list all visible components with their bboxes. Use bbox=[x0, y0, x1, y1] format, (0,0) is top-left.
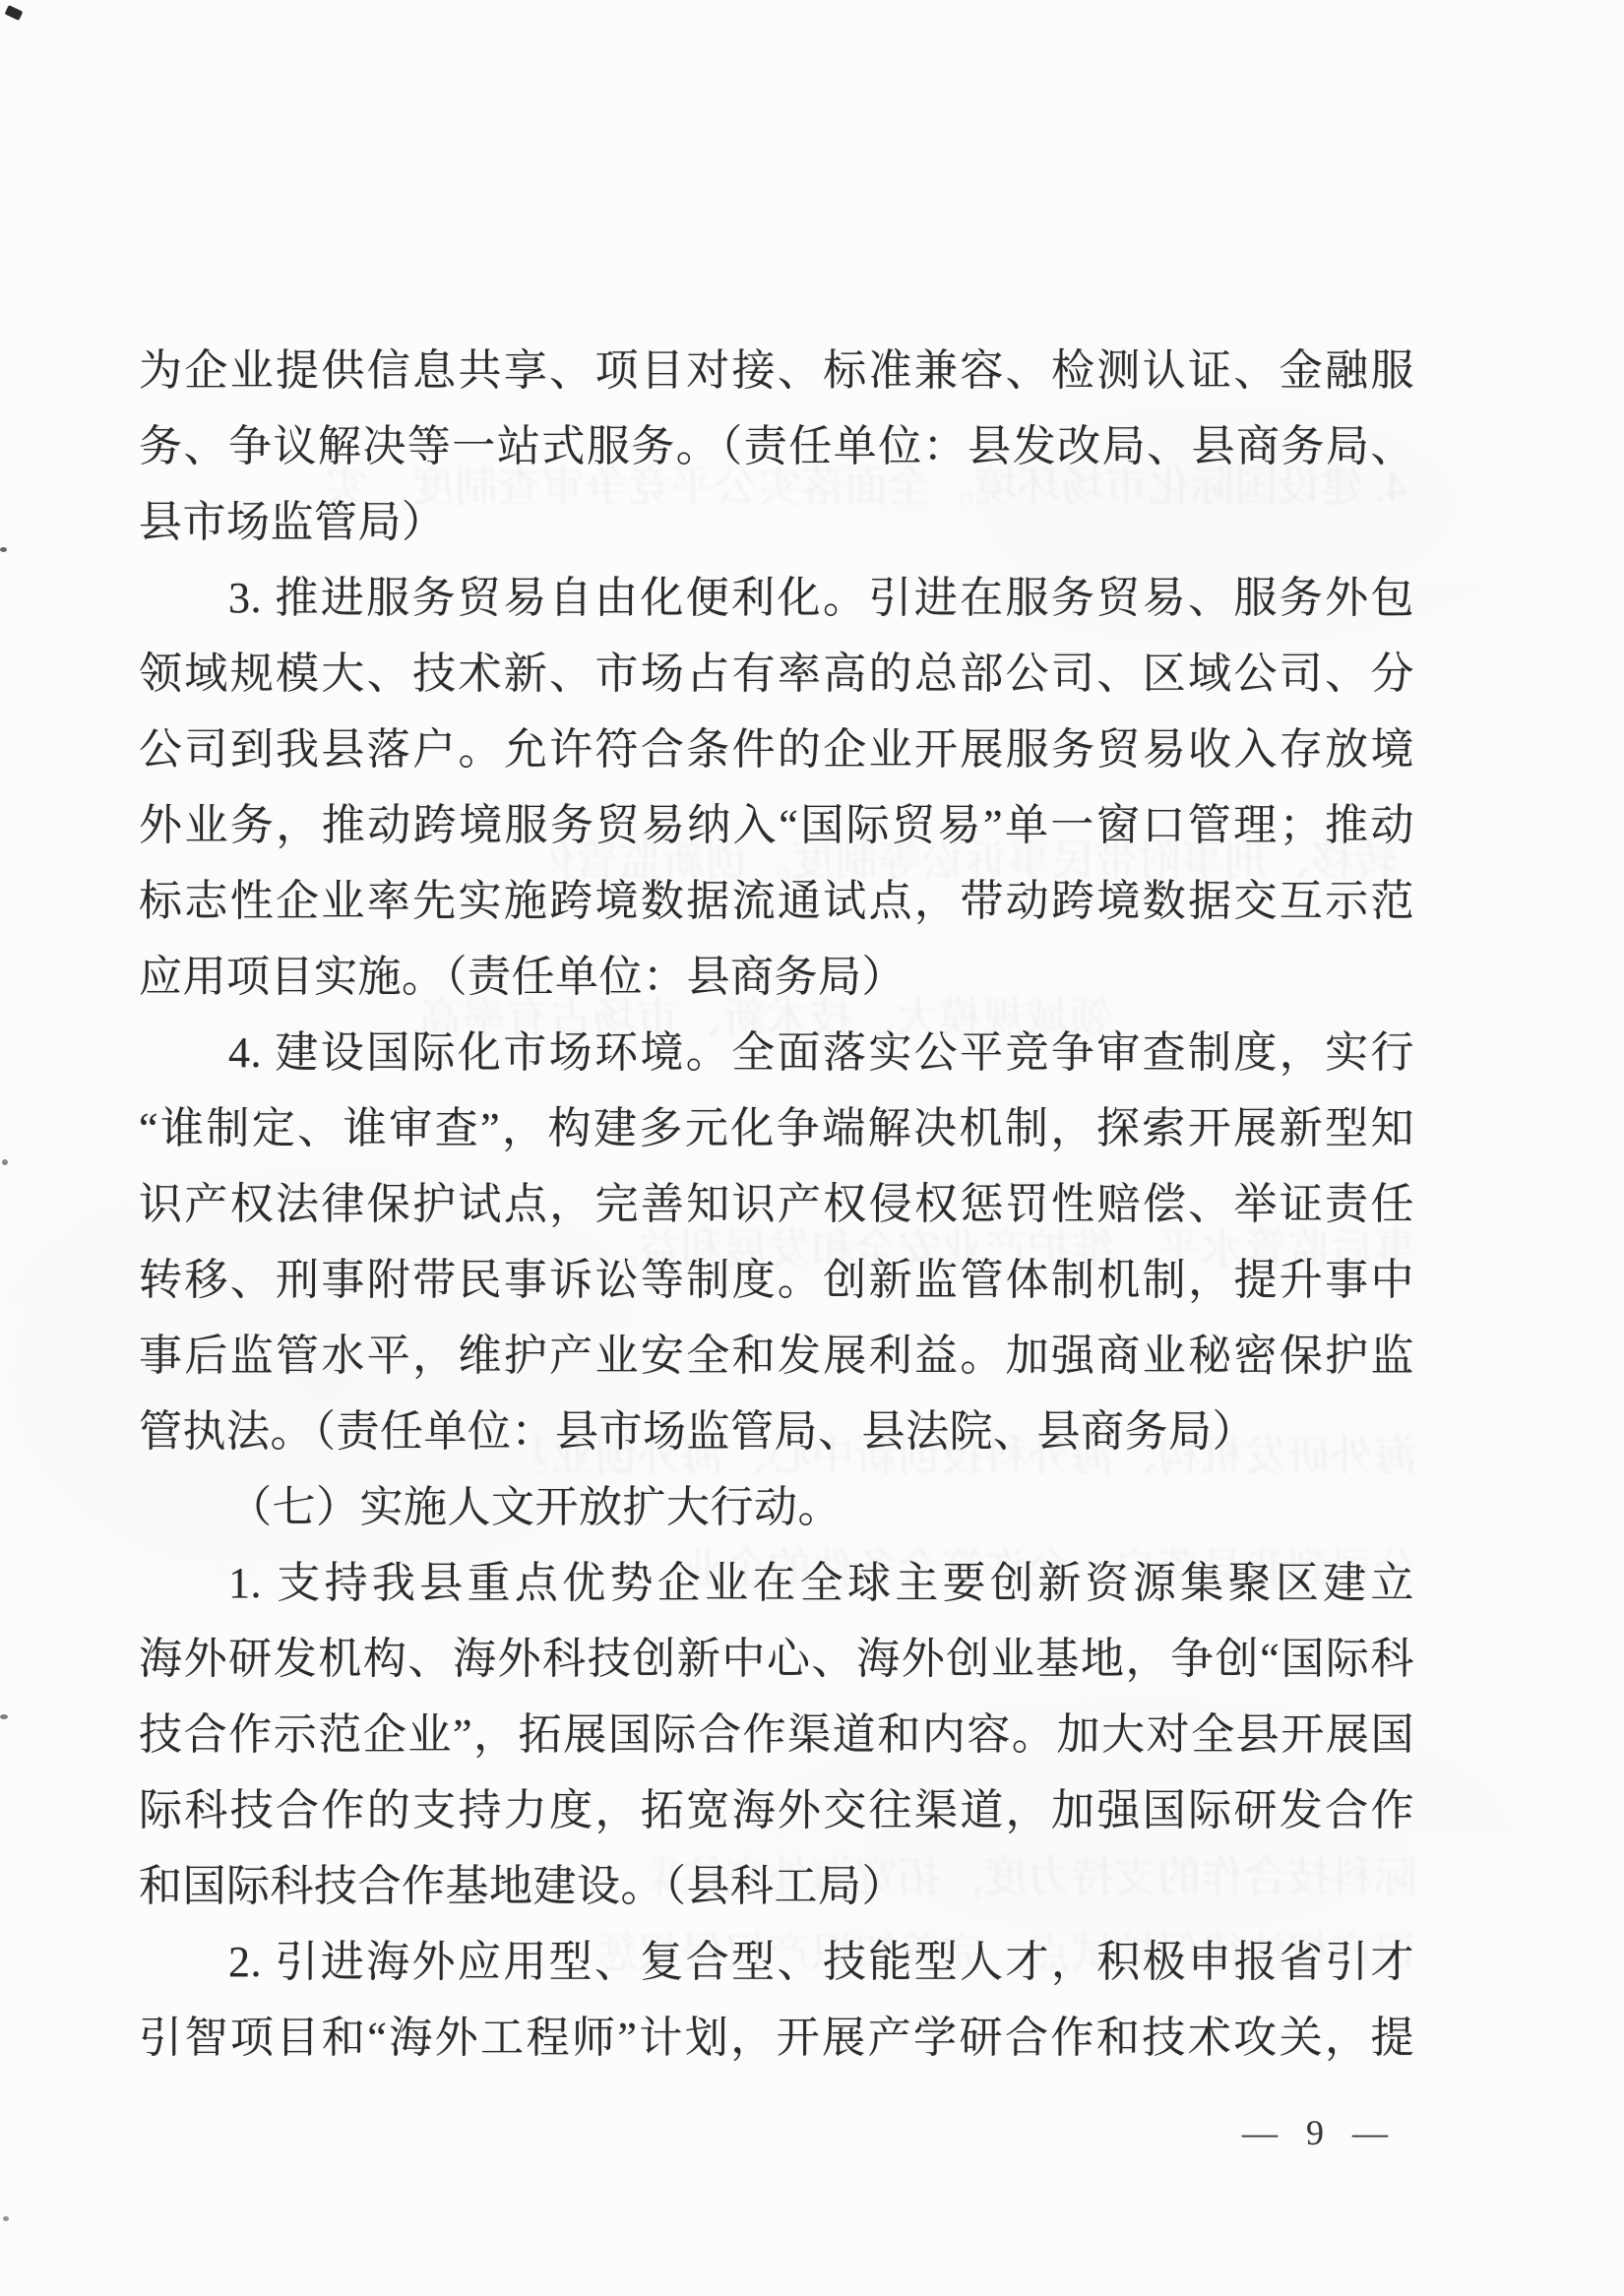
body-text: 为企业提供信息共享、项目对接、标准兼容、检测认证、金融服务、争议解决等一站式服务… bbox=[139, 333, 1414, 2076]
scan-speck bbox=[0, 547, 7, 552]
text-line: 公司到我县落户。允许符合条件的企业开展服务贸易收入存放境 bbox=[139, 712, 1414, 787]
text-line: 际科技合作的支持力度，拓宽海外交往渠道，加强国际研发合作 bbox=[139, 1772, 1414, 1848]
text-line: 引智项目和“海外工程师”计划，开展产学研合作和技术攻关，提 bbox=[139, 2000, 1414, 2076]
text-line: 领域规模大、技术新、市场占有率高的总部公司、区域公司、分 bbox=[139, 636, 1414, 712]
text-line: 3. 推进服务贸易自由化便利化。引进在服务贸易、服务外包 bbox=[139, 560, 1414, 636]
text-line: 识产权法律保护试点，完善知识产权侵权惩罚性赔偿、举证责任 bbox=[139, 1166, 1414, 1242]
text-line: “谁制定、谁审查”，构建多元化争端解决机制，探索开展新型知 bbox=[139, 1090, 1414, 1166]
text-line: 管执法。（责任单位：县市场监管局、县法院、县商务局） bbox=[139, 1394, 1414, 1469]
text-line: 事后监管水平，维护产业安全和发展利益。加强商业秘密保护监 bbox=[139, 1318, 1414, 1394]
scan-speck bbox=[0, 1714, 8, 1719]
text-line: 1. 支持我县重点优势企业在全球主要创新资源集聚区建立 bbox=[139, 1545, 1414, 1621]
page-number: — 9 — bbox=[1242, 2112, 1398, 2153]
scan-speck bbox=[2, 1159, 8, 1165]
document-page: 4. 建设国际化市场环境。全面落实公平竞争审查制度，实行 转移、刑事附带民事诉讼… bbox=[0, 0, 1624, 2296]
text-line: 外业务，推动跨境服务贸易纳入“国际贸易”单一窗口管理；推动 bbox=[139, 787, 1414, 863]
text-line: 标志性企业率先实施跨境数据流通试点，带动跨境数据交互示范 bbox=[139, 863, 1414, 939]
text-line: 2. 引进海外应用型、复合型、技能型人才，积极申报省引才 bbox=[139, 1924, 1414, 2000]
text-line: （七）实施人文开放扩大行动。 bbox=[139, 1469, 1414, 1545]
text-line: 4. 建设国际化市场环境。全面落实公平竞争审查制度，实行 bbox=[139, 1015, 1414, 1090]
scan-speck bbox=[5, 5, 24, 21]
scan-speck bbox=[3, 2216, 9, 2221]
text-line: 务、争议解决等一站式服务。（责任单位：县发改局、县商务局、 bbox=[139, 408, 1414, 484]
text-line: 县市场监管局） bbox=[139, 484, 1414, 560]
text-line: 技合作示范企业”，拓展国际合作渠道和内容。加大对全县开展国 bbox=[139, 1697, 1414, 1772]
text-line: 和国际科技合作基地建设。（县科工局） bbox=[139, 1848, 1414, 1924]
text-line: 为企业提供信息共享、项目对接、标准兼容、检测认证、金融服 bbox=[139, 333, 1414, 408]
text-line: 海外研发机构、海外科技创新中心、海外创业基地，争创“国际科 bbox=[139, 1621, 1414, 1697]
text-line: 转移、刑事附带民事诉讼等制度。创新监管体制机制，提升事中 bbox=[139, 1242, 1414, 1318]
text-line: 应用项目实施。（责任单位：县商务局） bbox=[139, 939, 1414, 1015]
